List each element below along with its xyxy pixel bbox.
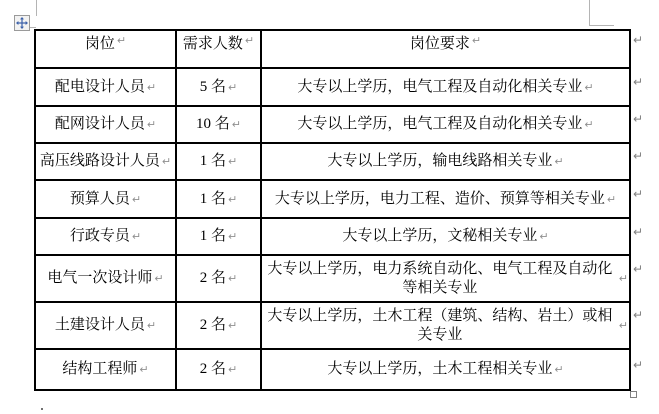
- row-end-mark: ↵: [633, 113, 643, 125]
- cell-end-mark: ↵: [132, 231, 141, 242]
- cell-text: 高压线路设计人员: [40, 152, 160, 171]
- text-boundary-mark: [30, 27, 36, 28]
- cell-position[interactable]: 结构工程师↵: [36, 350, 175, 389]
- cell-end-mark: ↵: [228, 364, 237, 375]
- cell-end-mark: ↵: [472, 35, 481, 46]
- cell-end-mark: ↵: [554, 364, 563, 375]
- text-boundary-mark: [589, 25, 614, 26]
- row-end-mark: ↵: [633, 34, 643, 46]
- cell-end-mark: ↵: [245, 35, 254, 46]
- cell-end-mark: ↵: [228, 82, 237, 93]
- cell-position[interactable]: 高压线路设计人员↵: [36, 144, 175, 179]
- cell-text: 大专以上学历，土木工程（建筑、结构、岩土）或相关专业: [263, 307, 617, 345]
- cell-text: 5 名: [200, 78, 226, 97]
- cell-end-mark: ↵: [154, 273, 163, 284]
- cell-text: 10 名: [196, 115, 230, 134]
- cell-end-mark: ↵: [147, 119, 156, 130]
- table-move-handle[interactable]: [14, 15, 30, 31]
- text-boundary-mark: [589, 0, 590, 25]
- cell-text: 配电设计人员: [55, 78, 145, 97]
- cell-text: 2 名: [200, 269, 226, 288]
- cell-requirement[interactable]: 大专以上学历，电气工程及自动化相关专业↵: [262, 107, 629, 142]
- cell-headcount[interactable]: 1 名↵: [177, 144, 260, 179]
- cell-position[interactable]: 土建设计人员↵: [36, 303, 175, 348]
- row-end-mark: ↵: [633, 150, 643, 162]
- header-cell-position[interactable]: 岗位↵: [36, 31, 175, 67]
- cell-requirement[interactable]: 大专以上学历，电力工程、造价、预算等相关专业↵: [262, 181, 629, 217]
- cell-end-mark: ↵: [619, 320, 628, 331]
- cell-end-mark: ↵: [228, 156, 237, 167]
- cell-text: 1 名: [200, 152, 226, 171]
- cell-headcount[interactable]: 10 名↵: [177, 107, 260, 142]
- cell-requirement[interactable]: 大专以上学历，输电线路相关专业↵: [262, 144, 629, 179]
- cell-end-mark: ↵: [228, 273, 237, 284]
- cell-end-mark: ↵: [139, 364, 148, 375]
- cell-requirement[interactable]: 大专以上学历，文秘相关专业↵: [262, 219, 629, 254]
- header-cell-headcount[interactable]: 需求人数↵: [177, 31, 260, 67]
- cell-requirement[interactable]: 大专以上学历，电气工程及自动化相关专业↵: [262, 69, 629, 105]
- cell-end-mark: ↵: [228, 320, 237, 331]
- move-arrows-icon: [16, 17, 28, 29]
- cell-requirement[interactable]: 大专以上学历，土木工程（建筑、结构、岩土）或相关专业↵: [262, 303, 629, 348]
- cell-text: 1 名: [200, 190, 226, 209]
- stray-period-dot: [41, 408, 43, 410]
- cell-end-mark: ↵: [228, 231, 237, 242]
- cell-end-mark: ↵: [117, 35, 126, 46]
- row-end-mark: ↵: [633, 188, 643, 200]
- cell-end-mark: ↵: [539, 231, 548, 242]
- cell-headcount[interactable]: 5 名↵: [177, 69, 260, 105]
- cell-text: 大专以上学历，文秘相关专业: [342, 227, 537, 246]
- cell-text: 预算人员: [70, 190, 130, 209]
- cell-text: 结构工程师: [62, 360, 137, 379]
- text-boundary-mark: [36, 0, 37, 16]
- cell-end-mark: ↵: [554, 156, 563, 167]
- word-document-page: { "marks": { "cell_end": "↵", "row_end":…: [0, 0, 659, 414]
- cell-text: 2 名: [200, 316, 226, 335]
- cell-end-mark: ↵: [607, 194, 616, 205]
- cell-text: 配网设计人员: [55, 115, 145, 134]
- row-end-mark: ↵: [633, 76, 643, 88]
- cell-text: 大专以上学历，输电线路相关专业: [327, 152, 552, 171]
- cell-position[interactable]: 配电设计人员↵: [36, 69, 175, 105]
- cell-end-mark: ↵: [228, 194, 237, 205]
- row-end-mark: ↵: [633, 309, 643, 321]
- cell-text: 1 名: [200, 227, 226, 246]
- cell-end-mark: ↵: [232, 119, 241, 130]
- cell-headcount[interactable]: 1 名↵: [177, 219, 260, 254]
- cell-end-mark: ↵: [147, 320, 156, 331]
- cell-position[interactable]: 配网设计人员↵: [36, 107, 175, 142]
- cell-text: 电气一次设计师: [47, 269, 152, 288]
- cell-text: 行政专员: [70, 227, 130, 246]
- cell-end-mark: ↵: [132, 194, 141, 205]
- table-resize-handle[interactable]: [630, 391, 637, 398]
- cell-text: 2 名: [200, 360, 226, 379]
- cell-headcount[interactable]: 2 名↵: [177, 303, 260, 348]
- cell-end-mark: ↵: [147, 82, 156, 93]
- cell-text: 岗位: [85, 35, 115, 54]
- cell-end-mark: ↵: [162, 156, 171, 167]
- cell-text: 大专以上学历，电力工程、造价、预算等相关专业: [275, 190, 605, 209]
- cell-end-mark: ↵: [584, 119, 593, 130]
- cell-text: 大专以上学历，电气工程及自动化相关专业: [297, 115, 582, 134]
- cell-position[interactable]: 电气一次设计师↵: [36, 256, 175, 301]
- cell-text: 大专以上学历，电力系统自动化、电气工程及自动化等相关专业: [263, 260, 617, 298]
- row-end-mark: ↵: [633, 263, 643, 275]
- cell-end-mark: ↵: [584, 82, 593, 93]
- cell-requirement[interactable]: 大专以上学历，电力系统自动化、电气工程及自动化等相关专业↵: [262, 256, 629, 301]
- row-end-mark: ↵: [633, 226, 643, 238]
- header-cell-requirement[interactable]: 岗位要求↵: [262, 31, 629, 67]
- cell-requirement[interactable]: 大专以上学历，土木工程相关专业↵: [262, 350, 629, 389]
- cell-headcount[interactable]: 1 名↵: [177, 181, 260, 217]
- cell-text: 岗位要求: [410, 35, 470, 54]
- cell-headcount[interactable]: 2 名↵: [177, 256, 260, 301]
- cell-position[interactable]: 预算人员↵: [36, 181, 175, 217]
- cell-position[interactable]: 行政专员↵: [36, 219, 175, 254]
- row-end-mark: ↵: [633, 359, 643, 371]
- cell-text: 需求人数: [183, 35, 243, 54]
- cell-end-mark: ↵: [619, 273, 628, 284]
- cell-headcount[interactable]: 2 名↵: [177, 350, 260, 389]
- cell-text: 大专以上学历，土木工程相关专业: [327, 360, 552, 379]
- cell-text: 土建设计人员: [55, 316, 145, 335]
- job-recruitment-table: 岗位↵需求人数↵岗位要求↵配电设计人员↵5 名↵大专以上学历，电气工程及自动化相…: [34, 29, 631, 391]
- cell-text: 大专以上学历，电气工程及自动化相关专业: [297, 78, 582, 97]
